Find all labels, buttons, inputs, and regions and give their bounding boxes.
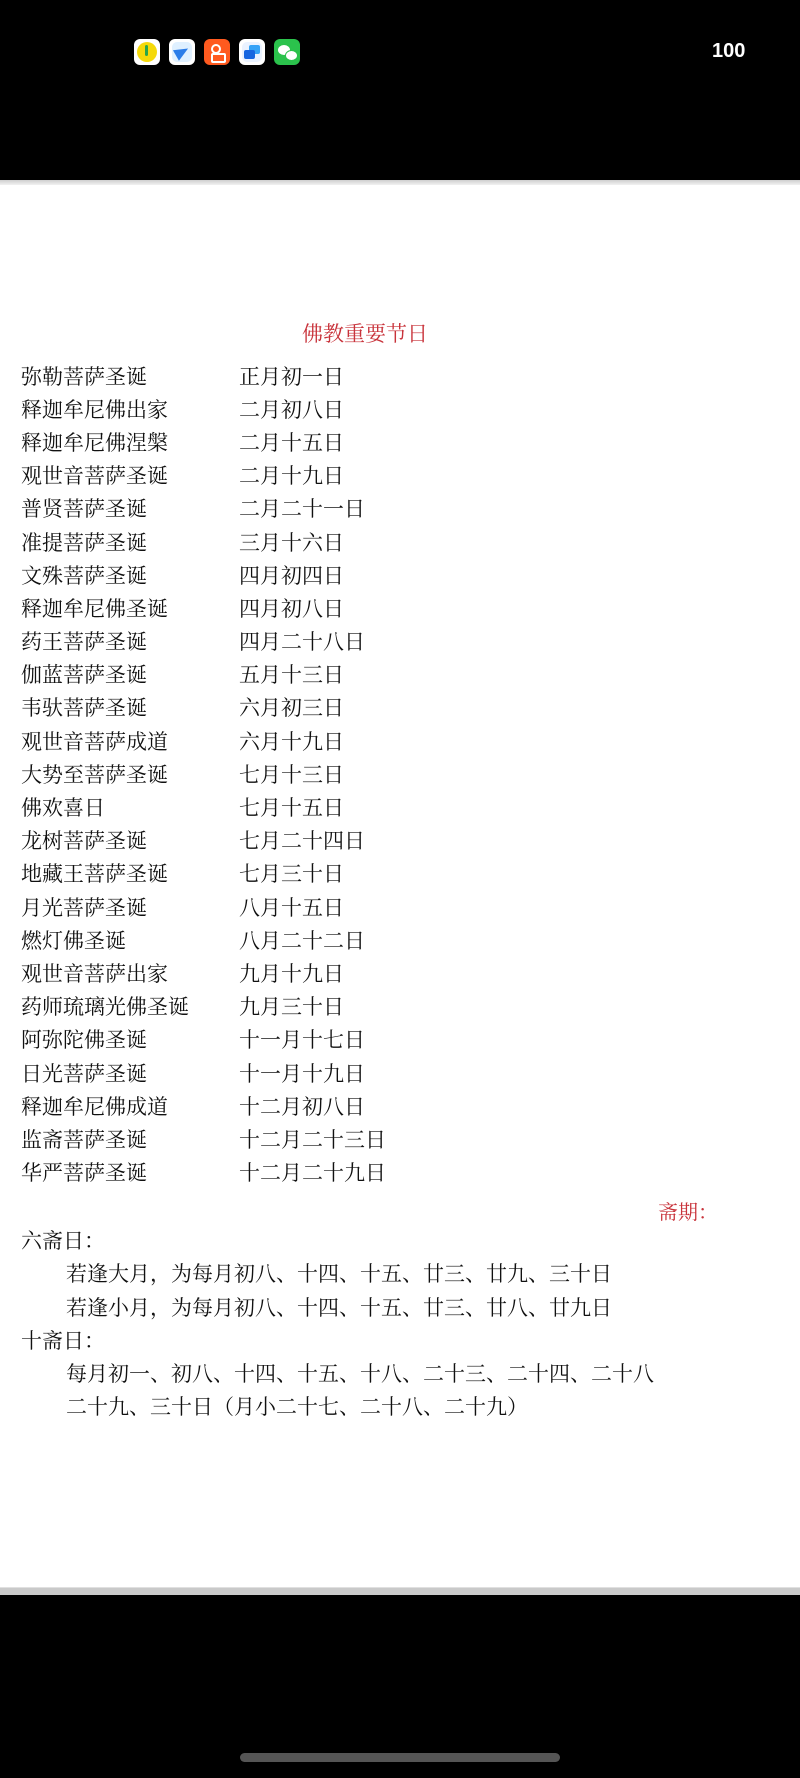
festival-date: 六月初三日 <box>239 692 344 722</box>
festival-row: 佛欢喜日七月十五日 <box>21 790 721 823</box>
tencent-meeting-icon <box>239 39 265 65</box>
festival-date: 二月二十一日 <box>239 493 365 523</box>
festival-row: 释迦牟尼佛出家二月初八日 <box>21 392 721 425</box>
festival-name: 观世音菩萨出家 <box>21 958 239 988</box>
festival-name: 观世音菩萨成道 <box>21 726 239 756</box>
festival-date: 十一月十九日 <box>239 1058 365 1088</box>
home-indicator[interactable] <box>240 1753 560 1762</box>
festival-name: 燃灯佛圣诞 <box>21 925 239 955</box>
ten-fasting-days-line-1: 每月初一、初八、十四、十五、十八、二十三、二十四、二十八 <box>21 1358 781 1391</box>
festival-name: 佛欢喜日 <box>21 792 239 822</box>
festival-row: 监斋菩萨圣诞十二月二十三日 <box>21 1122 721 1155</box>
document-page[interactable]: 佛教重要节日 弥勒菩萨圣诞正月初一日 释迦牟尼佛出家二月初八日 释迦牟尼佛涅槃二… <box>0 185 800 1587</box>
festival-name: 释迦牟尼佛出家 <box>21 394 239 424</box>
festival-date: 七月三十日 <box>239 858 344 888</box>
festival-row: 弥勒菩萨圣诞正月初一日 <box>21 359 721 392</box>
feishu-icon <box>169 39 195 65</box>
festival-row: 释迦牟尼佛涅槃二月十五日 <box>21 425 721 458</box>
festival-name: 普贤菩萨圣诞 <box>21 493 239 523</box>
festival-date: 二月十九日 <box>239 460 344 490</box>
festival-date: 八月二十二日 <box>239 925 365 955</box>
festival-row: 伽蓝菩萨圣诞五月十三日 <box>21 658 721 691</box>
festival-date: 二月十五日 <box>239 427 344 457</box>
wechat-icon <box>274 39 300 65</box>
ten-fasting-days-label: 十斋日： <box>21 1325 781 1358</box>
six-fasting-days-big-month: 若逢大月，为每月初八、十四、十五、廿三、廿九、三十日 <box>21 1258 781 1291</box>
festival-row: 释迦牟尼佛圣诞四月初八日 <box>21 591 721 624</box>
ten-fasting-days-line-2: 二十九、三十日（月小二十七、二十八、二十九） <box>21 1391 781 1424</box>
festival-name: 释迦牟尼佛成道 <box>21 1091 239 1121</box>
festival-name: 释迦牟尼佛圣诞 <box>21 593 239 623</box>
festival-row: 文殊菩萨圣诞四月初四日 <box>21 558 721 591</box>
festival-row: 月光菩萨圣诞八月十五日 <box>21 890 721 923</box>
festival-name: 大势至菩萨圣诞 <box>21 759 239 789</box>
festival-name: 监斋菩萨圣诞 <box>21 1124 239 1154</box>
festival-date: 九月十九日 <box>239 958 344 988</box>
festival-date: 七月十五日 <box>239 792 344 822</box>
festival-row: 观世音菩萨圣诞二月十九日 <box>21 459 721 492</box>
festival-date: 四月初八日 <box>239 593 344 623</box>
festival-name: 文殊菩萨圣诞 <box>21 560 239 590</box>
festival-row: 龙树菩萨圣诞七月二十四日 <box>21 824 721 857</box>
festival-name: 弥勒菩萨圣诞 <box>21 361 239 391</box>
festival-date: 六月十九日 <box>239 726 344 756</box>
festival-name: 龙树菩萨圣诞 <box>21 825 239 855</box>
festival-date: 十一月十七日 <box>239 1024 365 1054</box>
festival-date: 十二月二十三日 <box>239 1124 386 1154</box>
festival-date: 十二月二十九日 <box>239 1157 386 1187</box>
status-bar: 100 <box>0 0 800 180</box>
festival-name: 药王菩萨圣诞 <box>21 626 239 656</box>
festival-name: 药师琉璃光佛圣诞 <box>21 991 239 1021</box>
festival-row: 燃灯佛圣诞八月二十二日 <box>21 923 721 956</box>
festival-date: 四月初四日 <box>239 560 344 590</box>
kuaishou-icon <box>204 39 230 65</box>
festival-row: 释迦牟尼佛成道十二月初八日 <box>21 1089 721 1122</box>
festival-row: 观世音菩萨出家九月十九日 <box>21 956 721 989</box>
festival-row: 普贤菩萨圣诞二月二十一日 <box>21 492 721 525</box>
festival-name: 准提菩萨圣诞 <box>21 527 239 557</box>
document-title: 佛教重要节日 <box>0 318 730 348</box>
festival-row: 日光菩萨圣诞十一月十九日 <box>21 1056 721 1089</box>
festival-row: 药师琉璃光佛圣诞九月三十日 <box>21 990 721 1023</box>
page-edge-bottom <box>0 1587 800 1595</box>
festival-name: 地藏王菩萨圣诞 <box>21 858 239 888</box>
festival-row: 大势至菩萨圣诞七月十三日 <box>21 757 721 790</box>
festival-date: 四月二十八日 <box>239 626 365 656</box>
festival-date: 七月二十四日 <box>239 825 365 855</box>
festival-date: 九月三十日 <box>239 991 344 1021</box>
festival-date: 正月初一日 <box>239 361 344 391</box>
festival-name: 华严菩萨圣诞 <box>21 1157 239 1187</box>
festival-row: 韦驮菩萨圣诞六月初三日 <box>21 691 721 724</box>
six-fasting-days-small-month: 若逢小月，为每月初八、十四、十五、廿三、廿八、廿九日 <box>21 1292 781 1325</box>
six-fasting-days-label: 六斋日： <box>21 1225 781 1258</box>
festival-row: 华严菩萨圣诞十二月二十九日 <box>21 1156 721 1189</box>
festival-row: 药王菩萨圣诞四月二十八日 <box>21 625 721 658</box>
festival-name: 观世音菩萨圣诞 <box>21 460 239 490</box>
festival-date: 八月十五日 <box>239 892 344 922</box>
qq-music-icon <box>134 39 160 65</box>
festival-row: 阿弥陀佛圣诞十一月十七日 <box>21 1023 721 1056</box>
festival-row: 准提菩萨圣诞三月十六日 <box>21 525 721 558</box>
festival-name: 释迦牟尼佛涅槃 <box>21 427 239 457</box>
festival-row: 观世音菩萨成道六月十九日 <box>21 724 721 757</box>
festival-name: 伽蓝菩萨圣诞 <box>21 659 239 689</box>
festival-name: 日光菩萨圣诞 <box>21 1058 239 1088</box>
fasting-section-title: 斋期： <box>0 1196 718 1225</box>
notification-icons <box>134 39 300 65</box>
festival-name: 月光菩萨圣诞 <box>21 892 239 922</box>
festival-date: 七月十三日 <box>239 759 344 789</box>
festival-name: 阿弥陀佛圣诞 <box>21 1024 239 1054</box>
festival-date: 二月初八日 <box>239 394 344 424</box>
festival-name: 韦驮菩萨圣诞 <box>21 692 239 722</box>
festival-date: 五月十三日 <box>239 659 344 689</box>
festival-date: 三月十六日 <box>239 527 344 557</box>
festival-list: 弥勒菩萨圣诞正月初一日 释迦牟尼佛出家二月初八日 释迦牟尼佛涅槃二月十五日 观世… <box>21 359 721 1189</box>
fasting-details: 六斋日： 若逢大月，为每月初八、十四、十五、廿三、廿九、三十日 若逢小月，为每月… <box>21 1225 781 1425</box>
festival-row: 地藏王菩萨圣诞七月三十日 <box>21 857 721 890</box>
festival-date: 十二月初八日 <box>239 1091 365 1121</box>
battery-level: 100 <box>712 40 745 63</box>
